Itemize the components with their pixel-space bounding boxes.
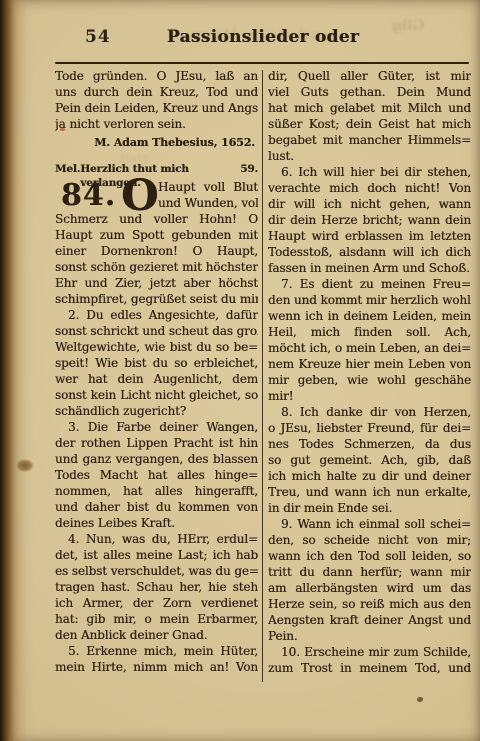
text-line: 8. Ich danke dir von Herzen, <box>268 404 471 420</box>
verse: 6. Ich will hier bei dir stehen,verachte… <box>268 164 471 276</box>
text-line: 9. Wann ich einmal soll schei= <box>268 516 471 532</box>
text-line: Tode gründen. O JEsu, laß an <box>55 68 258 84</box>
text-line: ja nicht verloren sein. <box>55 116 258 132</box>
verse-5-continuation: dir, Quell aller Güter, ist mirviel Guts… <box>268 68 471 164</box>
text-line: mir! <box>268 388 471 404</box>
text-line: Todes Macht hat alles hinge= <box>55 467 258 483</box>
right-column: dir, Quell aller Güter, ist mirviel Guts… <box>268 68 471 676</box>
verse: 10. Erscheine mir zum Schilde,zum Trost … <box>268 644 471 676</box>
right-verses: 6. Ich will hier bei dir stehen,verachte… <box>268 164 471 676</box>
text-line: wann ich den Tod soll leiden, so <box>268 548 471 564</box>
text-line: den Anblick deiner Gnad. <box>55 627 258 643</box>
text-line: einer Dornenkron! O Haupt, <box>55 243 258 259</box>
text-line: Weltgewichte, wie bist du so be= <box>55 339 258 355</box>
page-title: Passionslieder oder <box>55 27 471 47</box>
verse: 7. Es dient zu meinen Freu=den und kommt… <box>268 276 471 404</box>
text-line: sonst schrickt und scheut das große <box>55 323 258 339</box>
text-line: am allerbängsten wird um das <box>268 580 471 596</box>
text-line: und ganz vergangen, des blassen <box>55 451 258 467</box>
text-line: 5. Erkenne mich, mein Hüter, <box>55 643 258 659</box>
text-line: uns durch dein Kreuz, Tod und <box>55 84 258 100</box>
text-line: lust. <box>268 148 471 164</box>
text-line: det, ist alles meine Last; ich hab <box>55 547 258 563</box>
text-line: mir geben, wie wohl geschähe <box>268 372 471 388</box>
verse: 4. Nun, was du, HErr, erdul=det, ist all… <box>55 531 258 643</box>
text-line: tragen hast. Schau her, hie steh <box>55 579 258 595</box>
text-line: Todesstoß, alsdann will ich dich <box>268 244 471 260</box>
text-line: 4. Nun, was du, HErr, erdul= <box>55 531 258 547</box>
text-line: dir dein Herze bricht; wann dein <box>268 212 471 228</box>
text-line: 6. Ich will hier bei dir stehen, <box>268 164 471 180</box>
author-attribution: M. Adam Thebesius, 1652. <box>55 135 258 150</box>
text-line: o JEsu, liebster Freund, für dei= <box>268 420 471 436</box>
text-line: fassen in meinen Arm und Schoß. <box>268 260 471 276</box>
text-line: viel Guts gethan. Dein Mund <box>268 84 471 100</box>
ink-speck <box>417 697 423 702</box>
text-line: ich mich halte zu dir und deiner <box>268 468 471 484</box>
dropcap-initial: O <box>121 176 158 216</box>
text-line: deines Leibes Kraft. <box>55 515 258 531</box>
text-line: mein Hirte, nimm mich an! Von <box>55 659 258 675</box>
text-line: wer hat dein Augenlicht, dem <box>55 371 258 387</box>
book-page: und dein Herz Gilg Ach dein Heil 54 Pass… <box>0 0 480 741</box>
text-line: ich Armer, der Zorn verdienet <box>55 595 258 611</box>
text-line: 7. Es dient zu meinen Freu= <box>268 276 471 292</box>
text-line: so gut gemeint. Ach, gib, daß <box>268 452 471 468</box>
text-line: Herze sein, so reiß mich aus den <box>268 596 471 612</box>
text-line: sonst kein Licht nicht gleichet, so <box>55 387 258 403</box>
text-line: Haupt wird erblassen im letzten <box>268 228 471 244</box>
verse: 5. Erkenne mich, mein Hüter,mein Hirte, … <box>55 643 258 675</box>
text-line: und daher bist du kommen von <box>55 499 258 515</box>
text-line: den und kommt mir herzlich wohl, <box>268 292 471 308</box>
red-mark <box>60 128 65 131</box>
text-line: der rothen Lippen Pracht ist hin <box>55 435 258 451</box>
text-line: dir, Quell aller Güter, ist mir <box>268 68 471 84</box>
text-line: tritt du dann herfür; wann mir <box>268 564 471 580</box>
text-line: 10. Erscheine mir zum Schilde, <box>268 644 471 660</box>
header-rule <box>55 62 469 64</box>
text-line: dir will ich nicht gehen, wann <box>268 196 471 212</box>
text-line: süßer Kost; dein Geist hat mich <box>268 116 471 132</box>
text-line: zum Trost in meinem Tod, und <box>268 660 471 676</box>
text-line: Heil, mich finden soll. Ach, <box>268 324 471 340</box>
melody-number: 59. <box>240 162 258 176</box>
text-line: verachte mich doch nicht! Von <box>268 180 471 196</box>
text-line: schändlich zugericht? <box>55 403 258 419</box>
text-line: Pein dein Leiden, Kreuz und Angst <box>55 100 258 116</box>
text-line: Pein. <box>268 628 471 644</box>
text-line: nes Todes Schmerzen, da dus <box>268 436 471 452</box>
verse: 9. Wann ich einmal soll schei=den, so sc… <box>268 516 471 644</box>
text-line: wenn ich in deinem Leiden, mein <box>268 308 471 324</box>
left-verses: 2. Du edles Angesichte, dafürsonst schri… <box>55 307 258 675</box>
text-line: 3. Die Farbe deiner Wangen, <box>55 419 258 435</box>
hymn-84-opening: 84. O Haupt voll Blutund Wunden, vollSch… <box>55 179 258 307</box>
binding-edge <box>0 0 34 741</box>
text-line: Haupt zum Spott gebunden mit <box>55 227 258 243</box>
column-divider <box>262 70 263 682</box>
text-line: möcht ich, o mein Leben, an dei= <box>268 340 471 356</box>
text-line: Treu, und wann ich nun erkalte, <box>268 484 471 500</box>
text-line: begabet mit mancher Himmels= <box>268 132 471 148</box>
verse: 8. Ich danke dir von Herzen,o JEsu, lieb… <box>268 404 471 516</box>
page-header: 54 Passionslieder oder <box>55 0 471 62</box>
text-line: hat mich gelabet mit Milch und <box>268 100 471 116</box>
text-line: 2. Du edles Angesichte, dafür <box>55 307 258 323</box>
melody-label: Mel. <box>55 162 80 176</box>
ink-stain <box>17 459 34 472</box>
text-line: speit! Wie bist du so erbleichet, <box>55 355 258 371</box>
hymn-83-continuation: Tode gründen. O JEsu, laß anuns durch de… <box>55 68 258 132</box>
text-line: es selbst verschuldet, was du ge= <box>55 563 258 579</box>
text-line: den, so scheide nicht von mir; <box>268 532 471 548</box>
hymn-number: 84. <box>61 181 116 211</box>
verse: 3. Die Farbe deiner Wangen,der rothen Li… <box>55 419 258 531</box>
text-line: sonst schön gezieret mit höchster <box>55 259 258 275</box>
left-column: Tode gründen. O JEsu, laß anuns durch de… <box>55 68 258 675</box>
page-content: 54 Passionslieder oder Tode gründen. O J… <box>55 0 471 62</box>
text-line: Aengsten kraft deiner Angst und <box>268 612 471 628</box>
text-line: Ehr und Zier, jetzt aber höchst <box>55 275 258 291</box>
text-line: in dir mein Ende sei. <box>268 500 471 516</box>
text-line: nommen, hat alles hingerafft, <box>55 483 258 499</box>
text-line: schimpfiret, gegrüßet seist du mir! <box>55 291 258 307</box>
text-line: hat: gib mir, o mein Erbarmer, <box>55 611 258 627</box>
text-line: nem Kreuze hier mein Leben von <box>268 356 471 372</box>
verse: 2. Du edles Angesichte, dafürsonst schri… <box>55 307 258 419</box>
